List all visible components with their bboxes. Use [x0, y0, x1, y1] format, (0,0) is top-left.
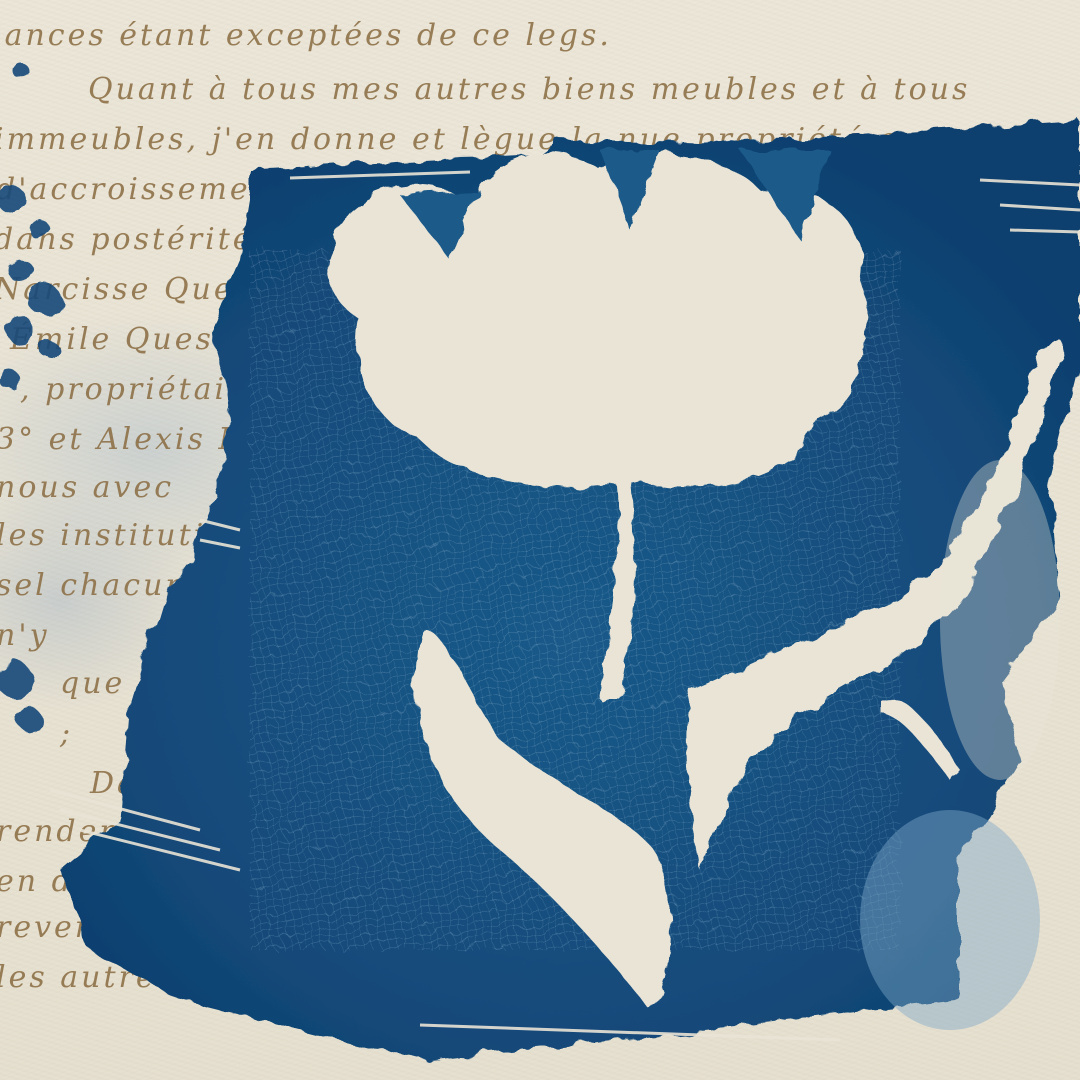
cyanotype-print: [0, 0, 1080, 1080]
print-wash: [860, 810, 1040, 1030]
cyanotype-artwork: iances étant exceptées de ce legs. Quant…: [0, 0, 1080, 1080]
left-speckles: [0, 62, 61, 732]
